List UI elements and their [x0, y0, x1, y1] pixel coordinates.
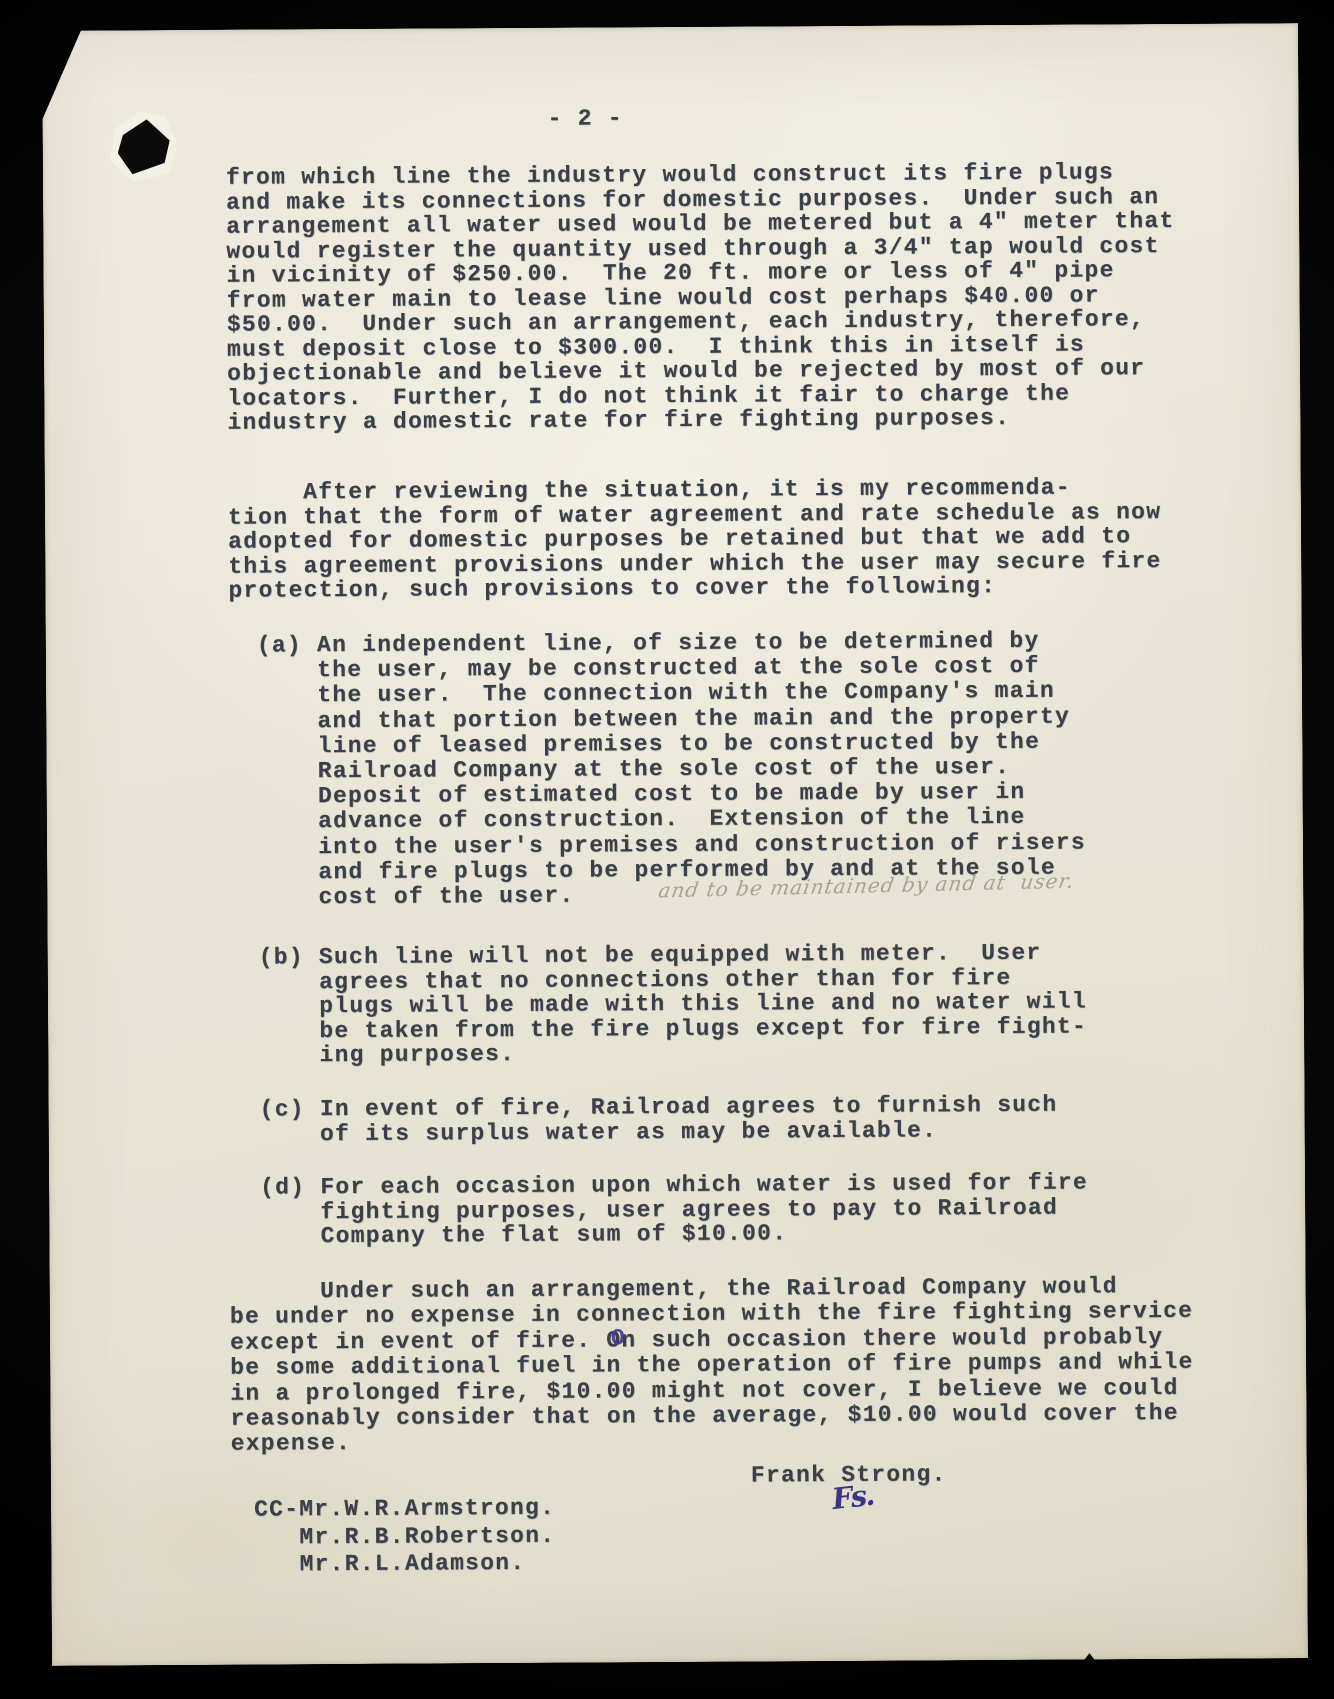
list-item-c: (c) In event of fire, Railroad agrees to… [260, 1093, 1058, 1147]
cc-list: CC-Mr.W.R.Armstrong. Mr.R.B.Robertson. M… [254, 1495, 556, 1579]
paragraph-recommendation: After reviewing the situation, it is my … [228, 475, 1162, 603]
photo-background: - 2 - from which line the industry would… [0, 0, 1334, 1699]
paragraph-closing: Under such an arrangement, the Railroad … [230, 1274, 1194, 1458]
document-page: - 2 - from which line the industry would… [42, 23, 1308, 1666]
paper-corner-fold [37, 26, 73, 90]
handwritten-initials: Fs. [830, 1480, 874, 1514]
list-item-b: (b) Such line will not be equipped with … [259, 940, 1088, 1068]
paragraph-costs: from which line the industry would const… [226, 160, 1176, 435]
ink-correction-overstrike: O [611, 1326, 625, 1351]
page-number: - 2 - [547, 106, 622, 131]
list-item-d: (d) For each occasion upon which water i… [260, 1170, 1088, 1249]
punch-hole [118, 118, 170, 174]
list-item-a: (a) An independent line, of size to be d… [257, 628, 1087, 910]
